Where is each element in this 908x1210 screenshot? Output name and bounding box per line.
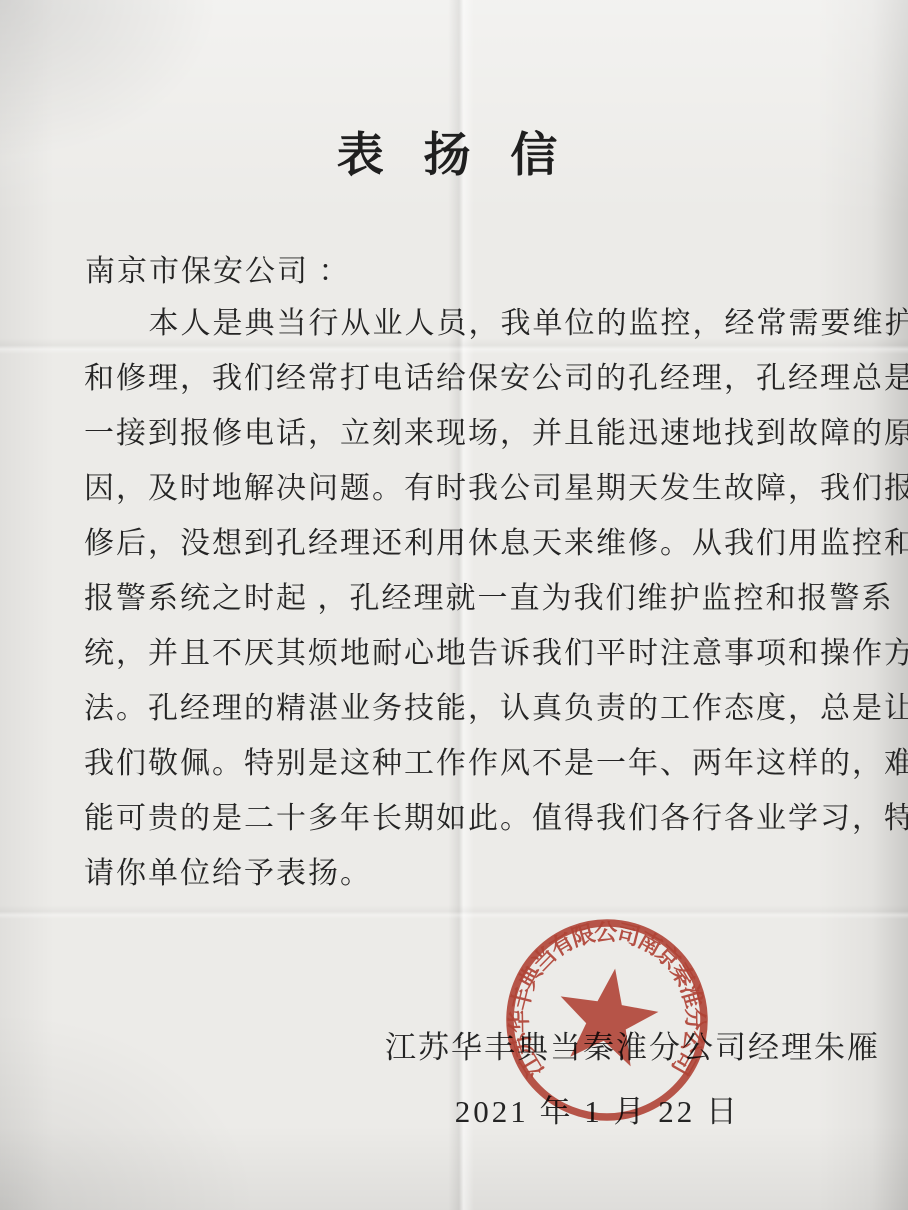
letter-salutation: 南京市保安公司 ： [85,246,351,290]
body-line: 法。孔经理的精湛业务技能，认真负责的工作态度，总是让 [84,681,856,736]
body-line: 因，及时地解决问题。有时我公司星期天发生故障，我们报 [84,461,856,516]
body-line: 修后，没想到孔经理还利用休息天来维修。从我们用监控和 [84,516,856,571]
date-line: 2021 年 1 月 22 日 [0,1086,740,1131]
letter-title: 表 扬 信 [0,118,908,185]
body-line: 本人是典当行从业人员，我单位的监控，经常需要维护 [84,296,856,351]
letter-body: 本人是典当行从业人员，我单位的监控，经常需要维护 和修理，我们经常打电话给保安公… [84,296,856,901]
body-line: 我们敬佩。特别是这种工作作风不是一年、两年这样的，难 [84,736,856,791]
body-line: 请你单位给予表扬。 [84,846,856,901]
paper-crease-horizontal-lower [0,905,908,919]
body-line: 和修理，我们经常打电话给保安公司的孔经理，孔经理总是 [84,351,856,406]
body-line: 能可贵的是二十多年长期如此。值得我们各行各业学习，特 [84,791,856,846]
signature-line: 江苏华丰典当秦淮分公司经理朱雁 [385,1022,880,1067]
body-line: 统，并且不厌其烦地耐心地告诉我们平时注意事项和操作方 [84,626,856,681]
commendation-letter-photo: 表 扬 信 南京市保安公司 ： 本人是典当行从业人员，我单位的监控，经常需要维护… [0,0,908,1210]
body-line: 一接到报修电话，立刻来现场，并且能迅速地找到故障的原 [84,406,856,461]
body-line: 报警系统之时起 ，孔经理就一直为我们维护监控和报警系 [84,571,856,626]
